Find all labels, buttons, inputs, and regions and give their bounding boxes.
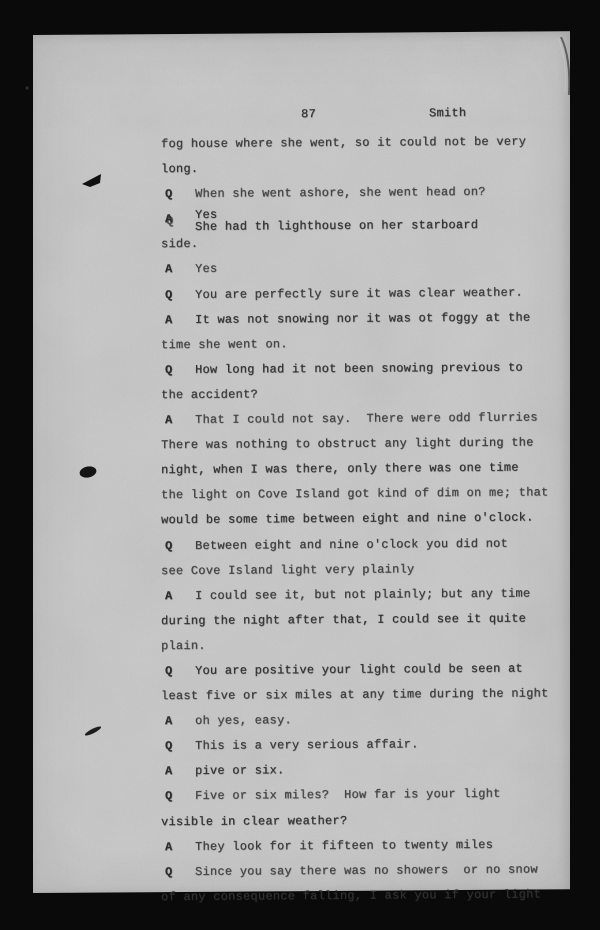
line-text: the light on Cove Island got kind of dim…: [161, 486, 548, 503]
transcript-line: fog house where she went, so it could no…: [33, 134, 570, 163]
qa-marker: A: [165, 840, 172, 854]
line-text: Yes: [195, 262, 217, 276]
line-text: time she went on.: [161, 337, 288, 352]
line-text: side.: [161, 237, 198, 251]
transcript-line: AQYesShe had th lighthouse on her starbo…: [33, 210, 570, 239]
qa-marker: Q: [165, 789, 172, 803]
transcript-line: QYou are positive your light could be se…: [33, 661, 570, 690]
line-text: night, when I was there, only there was …: [161, 461, 519, 477]
transcript-line: QHow long had it not been snowing previo…: [33, 360, 570, 389]
line-text: You are perfectly sure it was clear weat…: [195, 285, 523, 301]
line-text: This is a very serious affair.: [195, 738, 419, 754]
line-text: Five or six miles? How far is your light: [195, 787, 501, 803]
transcript-line: QYou are perfectly sure it was clear wea…: [33, 285, 570, 314]
line-text: least five or six miles at any time duri…: [161, 686, 548, 703]
page-number: 87: [301, 107, 316, 121]
transcript-line: QFive or six miles? How far is your ligh…: [33, 787, 570, 816]
line-text: long.: [161, 162, 198, 176]
qa-marker: A: [165, 413, 172, 427]
transcript-line: during the night after that, I could see…: [33, 611, 570, 640]
transcript-line: long.: [33, 159, 570, 188]
line-text: would be some time between eight and nin…: [161, 511, 534, 528]
transcript-line: would be some time between eight and nin…: [33, 511, 570, 540]
line-text: How long had it not been snowing previou…: [195, 360, 523, 376]
page-header: 87 Smith: [33, 105, 570, 129]
qa-marker: A: [165, 714, 172, 728]
line-text: Between eight and nine o'clock you did n…: [195, 536, 508, 552]
qa-marker: A: [165, 262, 172, 276]
transcript-lines: fog house where she went, so it could no…: [33, 134, 570, 916]
line-text: see Cove Island light very plainly: [161, 562, 414, 578]
transcript-line: AThey look for it fifteen to twenty mile…: [33, 837, 570, 866]
transcript-line: QBetween eight and nine o'clock you did …: [33, 536, 570, 565]
transcript-line: Aoh yes, easy.: [33, 711, 570, 740]
transcript-line: AYes: [33, 260, 570, 289]
line-text: pive or six.: [195, 764, 284, 779]
transcript-line: least five or six miles at any time duri…: [33, 686, 570, 715]
qa-marker: AQ: [165, 212, 172, 226]
transcript-line: side.: [33, 235, 570, 264]
line-text: visible in clear weather?: [161, 813, 347, 828]
transcript-line: AI could see it, but not plainly; but an…: [33, 586, 570, 615]
line-text: She had th lighthouse on her starboard: [195, 218, 478, 234]
line-text: When she went ashore, she went head on?: [195, 185, 486, 201]
transcript-line: AIt was not snowing nor it was ot foggy …: [33, 310, 570, 339]
qa-marker: Q: [165, 664, 172, 678]
qa-marker: A: [165, 589, 172, 603]
document-page: 87 Smith fog house where she went, so it…: [33, 31, 570, 893]
overstruck-character: Q: [166, 214, 173, 228]
transcript-line: the accident?: [33, 385, 570, 414]
line-text: plain.: [161, 639, 206, 653]
line-text: of any consequence falling, I ask you if…: [161, 887, 541, 904]
transcript-line: AThat I could not say. There were odd fl…: [33, 410, 570, 439]
line-text: There was nothing to obstruct any light …: [161, 436, 534, 453]
transcript-line: QSince you say there was no showers or n…: [33, 862, 570, 891]
transcript-line: time she went on.: [33, 335, 570, 364]
qa-marker: Q: [165, 288, 172, 302]
line-text: the accident?: [161, 387, 258, 402]
transcript-line: plain.: [33, 636, 570, 665]
transcript-line: of any consequence falling, I ask you if…: [33, 887, 570, 916]
line-text: I could see it, but not plainly; but any…: [195, 586, 530, 602]
line-text: oh yes, easy.: [195, 713, 292, 728]
transcript-line: see Cove Island light very plainly: [33, 561, 570, 590]
qa-marker: Q: [165, 363, 172, 377]
qa-marker: Q: [165, 865, 172, 879]
line-text: fog house where she went, so it could no…: [161, 135, 526, 152]
transcript-line: QThis is a very serious affair.: [33, 737, 570, 766]
witness-name: Smith: [429, 106, 466, 120]
line-text: Since you say there was no showers or no…: [195, 862, 538, 878]
line-text: You are positive your light could be see…: [195, 662, 523, 678]
line-text: That I could not say. There were odd flu…: [195, 411, 538, 427]
transcript-line: QWhen she went ashore, she went head on?: [33, 184, 570, 213]
typed-content: 87 Smith fog house where she went, so it…: [33, 31, 570, 893]
line-text: It was not snowing nor it was ot foggy a…: [195, 310, 530, 326]
qa-marker: A: [165, 764, 172, 778]
transcript-line: visible in clear weather?: [33, 812, 570, 841]
qa-marker: Q: [165, 739, 172, 753]
qa-marker: Q: [165, 187, 172, 201]
line-text: during the night after that, I could see…: [161, 611, 526, 628]
line-text: They look for it fifteen to twenty miles: [195, 837, 493, 853]
scanned-document-view: 87 Smith fog house where she went, so it…: [0, 0, 600, 930]
qa-marker: Q: [165, 539, 172, 553]
dust-speck: [25, 86, 28, 89]
qa-marker: A: [165, 313, 172, 327]
